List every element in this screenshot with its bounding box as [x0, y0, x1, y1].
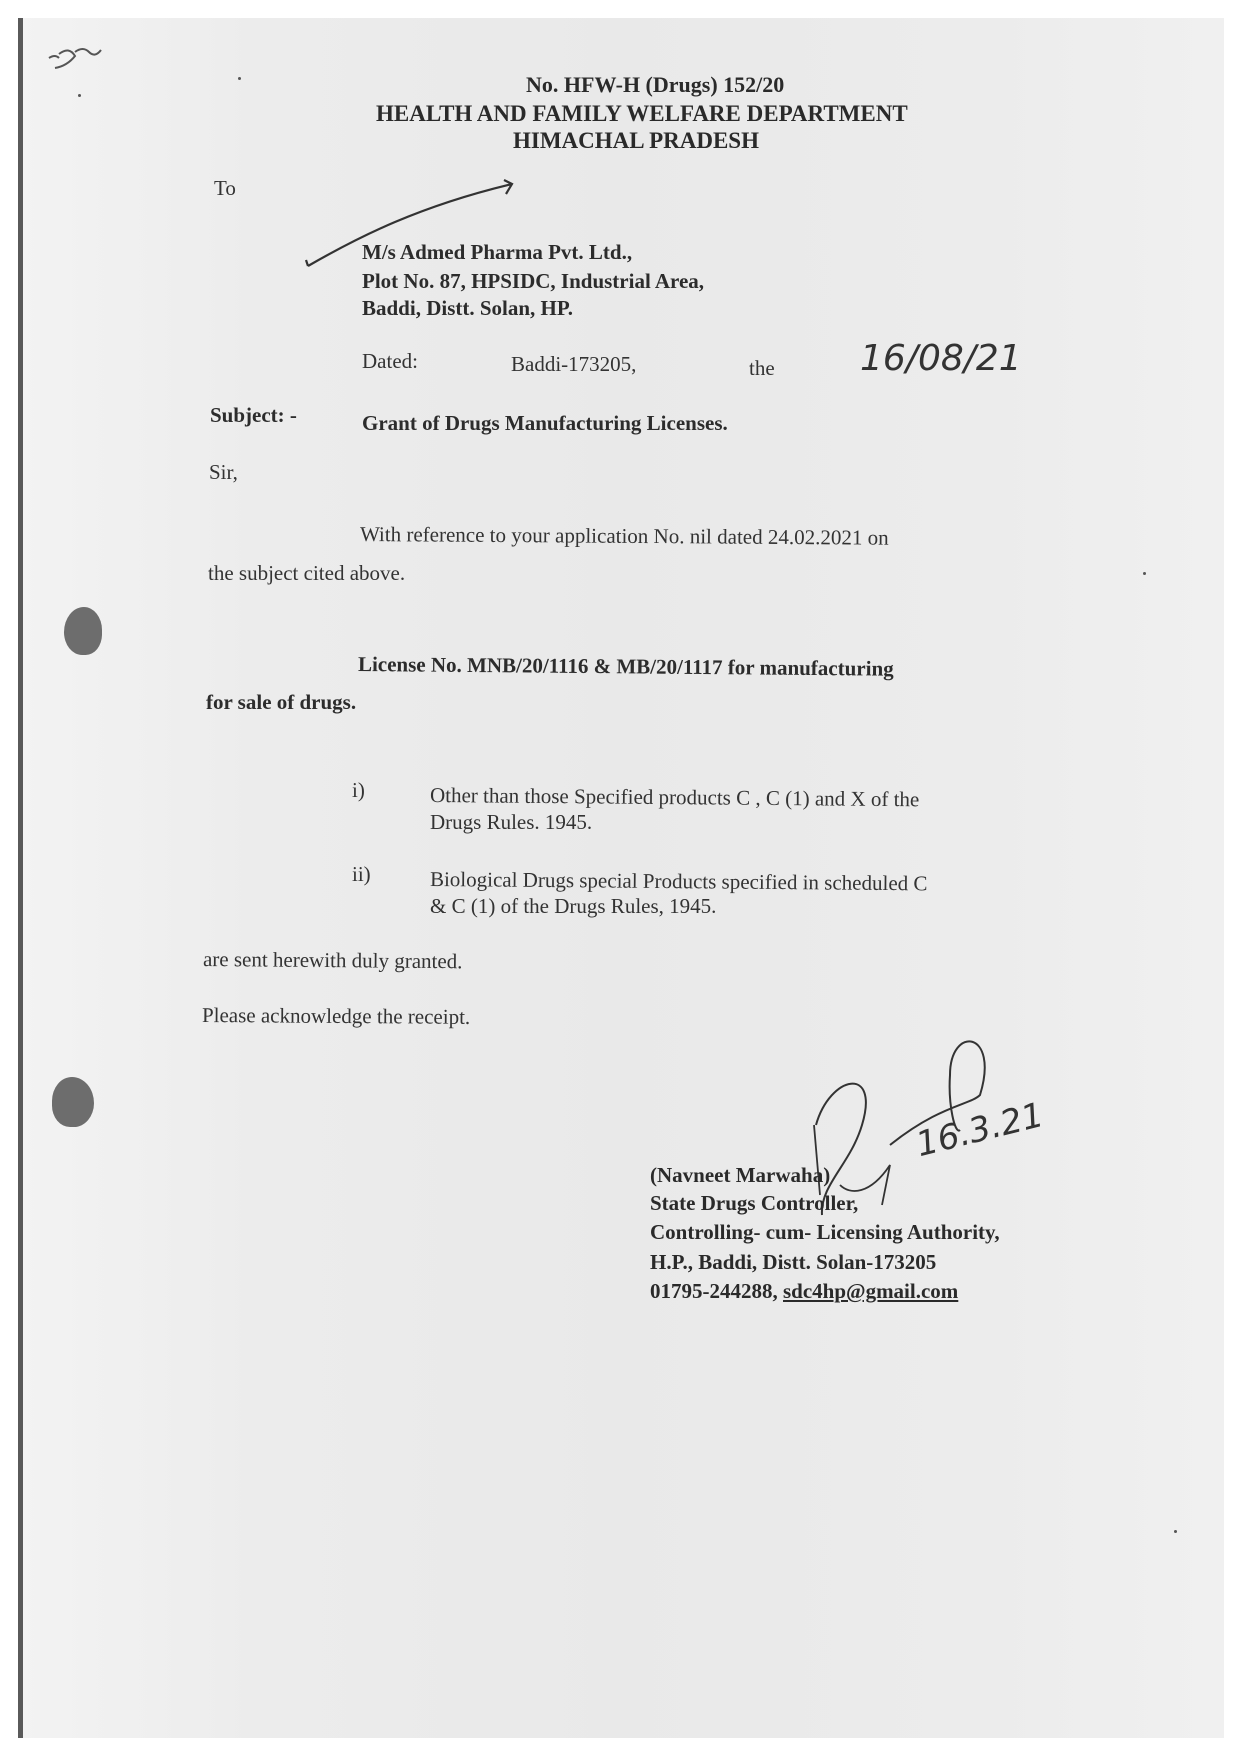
- corner-scribble-mark: [45, 38, 125, 78]
- reference-paragraph: With reference to your application No. n…: [360, 522, 889, 551]
- signatory-phone: 01795-244288,: [650, 1279, 778, 1303]
- handwritten-arrow-mark: [300, 176, 520, 281]
- recipient-company: M/s Admed Pharma Pvt. Ltd.,: [362, 240, 632, 265]
- signatory-contact: 01795-244288, sdc4hp@gmail.com: [650, 1279, 958, 1304]
- list-item-text: Biological Drugs special Products specif…: [430, 867, 928, 896]
- punch-hole: [52, 1077, 94, 1127]
- subject-text: Grant of Drugs Manufacturing Licenses.: [362, 411, 728, 436]
- granted-text: are sent herewith duly granted.: [203, 947, 463, 974]
- acknowledge-text: Please acknowledge the receipt.: [202, 1003, 470, 1030]
- handwritten-date: 16/08/21: [860, 338, 1022, 379]
- reference-number: No. HFW-H (Drugs) 152/20: [526, 72, 784, 98]
- license-paragraph: License No. MNB/20/1116 & MB/20/1117 for…: [358, 652, 894, 682]
- salutation: Sir,: [209, 460, 238, 485]
- subject-label: Subject: -: [210, 403, 297, 428]
- department-name: HEALTH AND FAMILY WELFARE DEPARTMENT: [376, 101, 908, 127]
- signatory-email-link[interactable]: sdc4hp@gmail.com: [783, 1279, 958, 1303]
- scan-speck: [1143, 572, 1146, 575]
- signatory-address: H.P., Baddi, Distt. Solan-173205: [650, 1250, 936, 1275]
- recipient-address-line: Plot No. 87, HPSIDC, Industrial Area,: [362, 269, 704, 294]
- scan-speck: [238, 77, 241, 80]
- scan-speck: [1174, 1530, 1177, 1533]
- dated-the: the: [749, 356, 775, 381]
- dated-place: Baddi-173205,: [511, 352, 636, 377]
- list-item-marker: i): [352, 778, 365, 803]
- signatory-authority: Controlling- cum- Licensing Authority,: [650, 1220, 1000, 1245]
- reference-paragraph-cont: the subject cited above.: [208, 561, 405, 586]
- state-name: HIMACHAL PRADESH: [513, 128, 759, 154]
- dated-label: Dated:: [362, 349, 418, 374]
- license-paragraph-cont: for sale of drugs.: [206, 690, 356, 715]
- list-item-text: Other than those Specified products C , …: [430, 783, 920, 812]
- signatory-designation: State Drugs Controller,: [650, 1191, 858, 1216]
- signatory-name: (Navneet Marwaha): [650, 1163, 830, 1188]
- scan-speck: [78, 94, 81, 97]
- list-item-text-cont: & C (1) of the Drugs Rules, 1945.: [430, 894, 716, 919]
- list-item-marker: ii): [352, 862, 371, 887]
- to-label: To: [214, 176, 236, 201]
- list-item-text-cont: Drugs Rules. 1945.: [430, 810, 592, 835]
- recipient-address-line: Baddi, Distt. Solan, HP.: [362, 296, 573, 321]
- scan-edge-bar: [18, 18, 23, 1738]
- punch-hole: [64, 607, 102, 655]
